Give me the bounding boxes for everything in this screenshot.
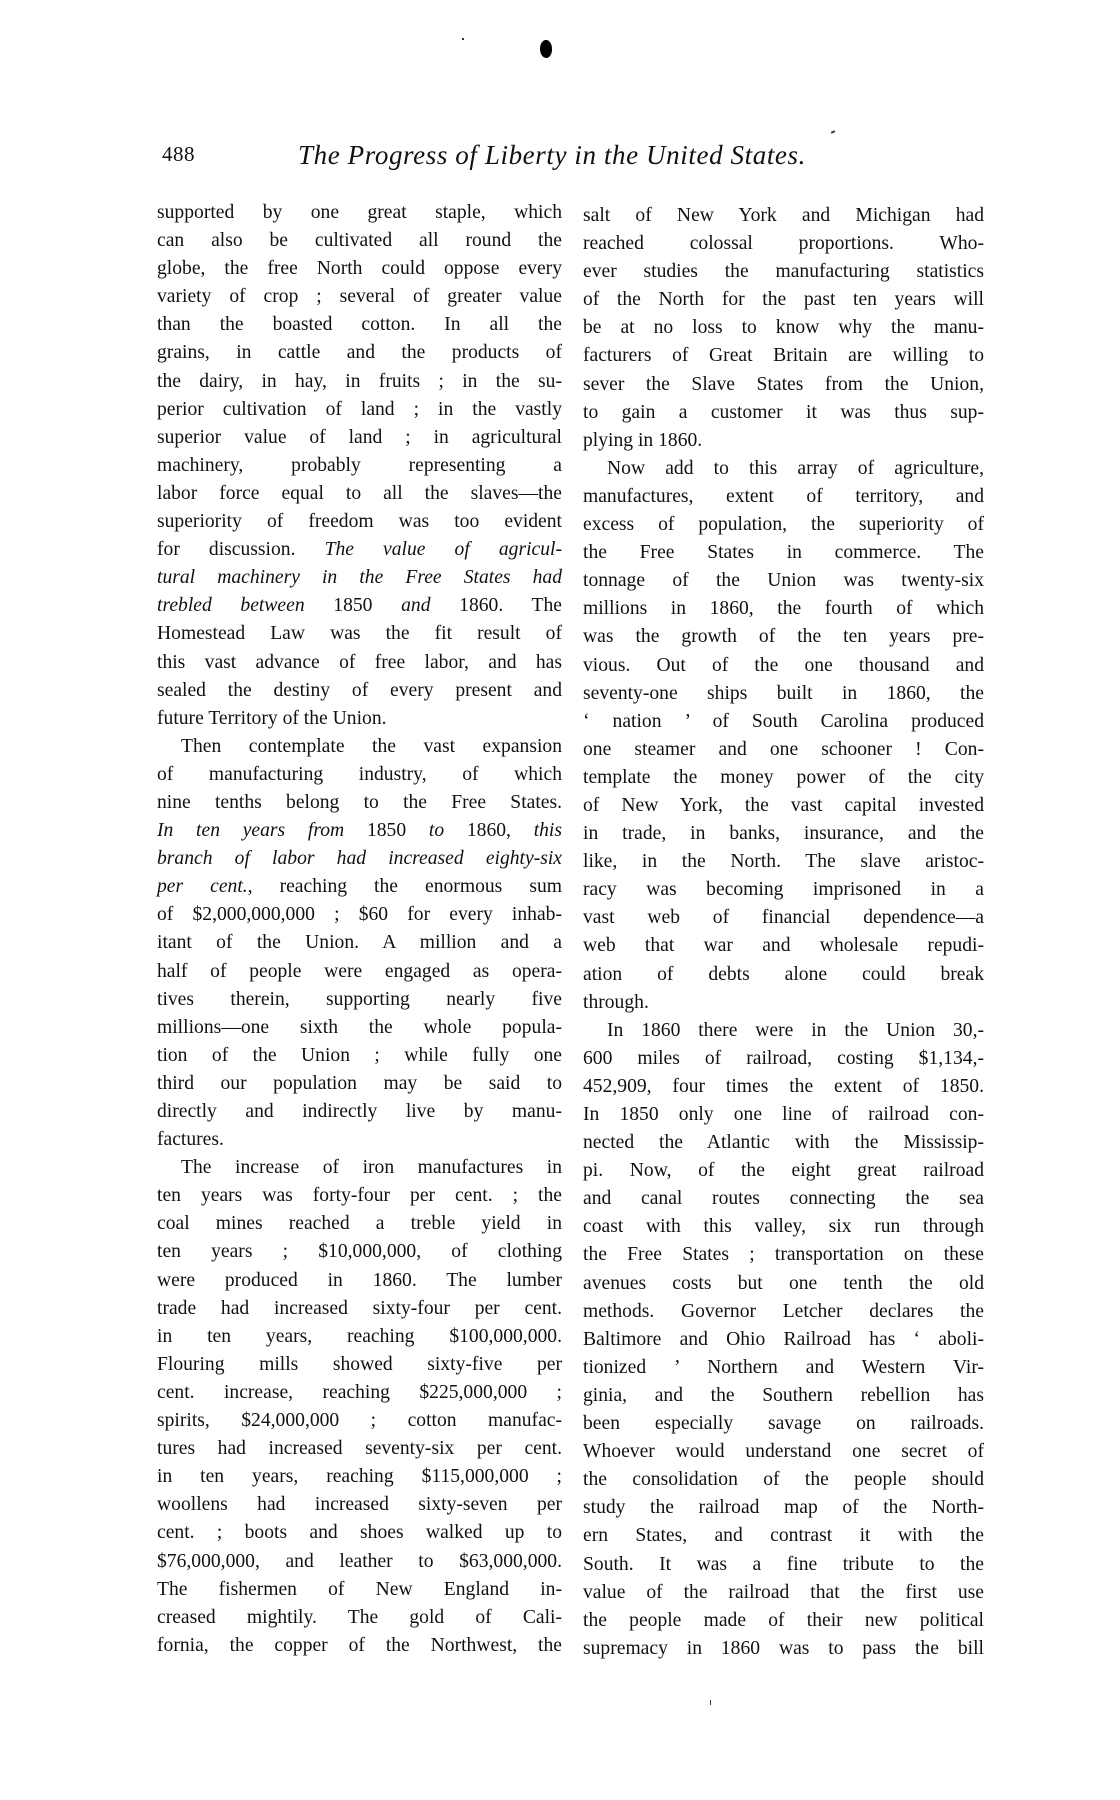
- line-text: manufactures, extent of territory, and: [583, 486, 984, 507]
- text-line: can also be cultivated all round the: [157, 227, 562, 255]
- text-line: nine tenths belong to the Free States.: [157, 789, 562, 817]
- italic-text: this: [534, 820, 562, 841]
- line-text: cent. ; boots and shoes walked up to: [157, 1522, 562, 1543]
- line-text: for discussion.: [157, 539, 325, 560]
- text-line: tural machinery in the Free States had: [157, 564, 562, 592]
- text-line: tives therein, supporting nearly five: [157, 986, 562, 1014]
- text-line: this vast advance of free labor, and has: [157, 649, 562, 677]
- text-line: vast web of financial dependence—a: [583, 904, 984, 932]
- line-text: Baltimore and Ohio Railroad has ‘ aboli-: [583, 1329, 984, 1350]
- text-line: of the North for the past ten years will: [583, 286, 984, 314]
- text-line: labor force equal to all the slaves—the: [157, 480, 562, 508]
- text-line: and canal routes connecting the sea: [583, 1185, 984, 1213]
- line-text: Then contemplate the vast expansion: [181, 736, 562, 757]
- text-line: machinery, probably representing a: [157, 452, 562, 480]
- text-line: cent. increase, reaching $225,000,000 ;: [157, 1379, 562, 1407]
- text-line: than the boasted cotton. In all the: [157, 311, 562, 339]
- line-text: value of the railroad that the first use: [583, 1582, 984, 1603]
- text-line: supported by one great staple, which: [157, 199, 562, 227]
- line-text: the consolidation of the people should: [583, 1469, 984, 1490]
- line-text: millions in 1860, the fourth of which: [583, 598, 984, 619]
- line-text: woollens had increased sixty-seven per: [157, 1494, 562, 1515]
- line-text: variety of crop ; several of greater val…: [157, 286, 562, 307]
- italic-text: trebled between: [157, 595, 305, 616]
- line-text: of $2,000,000,000 ; $60 for every inhab-: [157, 904, 562, 925]
- text-line: plying in 1860.: [583, 427, 984, 455]
- text-line: coast with this valley, six run through: [583, 1213, 984, 1241]
- text-line: tionized ’ Northern and Western Vir-: [583, 1354, 984, 1382]
- text-line: was the growth of the ten years pre-: [583, 623, 984, 651]
- line-text: 1860. The: [431, 595, 563, 616]
- text-line: web that war and wholesale repudi-: [583, 932, 984, 960]
- text-line: the consolidation of the people should: [583, 1466, 984, 1494]
- line-text: the Free States ; transportation on thes…: [583, 1244, 984, 1265]
- line-text: racy was becoming imprisoned in a: [583, 879, 984, 900]
- text-line: factures.: [157, 1126, 562, 1154]
- text-line: methods. Governor Letcher declares the: [583, 1298, 984, 1326]
- italic-text: per cent.: [157, 876, 248, 897]
- text-line: Then contemplate the vast expansion: [157, 733, 562, 761]
- text-line: Homestead Law was the fit result of: [157, 620, 562, 648]
- line-text: trade had increased sixty-four per cent.: [157, 1298, 562, 1319]
- text-line: excess of population, the superiority of: [583, 511, 984, 539]
- line-text: tion of the Union ; while fully one: [157, 1045, 562, 1066]
- italic-text: tural machinery in the Free States had: [157, 567, 562, 588]
- line-text: Flouring mills showed sixty-five per: [157, 1354, 562, 1375]
- line-text: vious. Out of the one thousand and: [583, 655, 984, 676]
- text-line: tonnage of the Union was twenty-six: [583, 567, 984, 595]
- text-line: coal mines reached a treble yield in: [157, 1210, 562, 1238]
- line-text: spirits, $24,000,000 ; cotton manufac-: [157, 1410, 562, 1431]
- line-text: 1860,: [444, 820, 534, 841]
- line-text: sever the Slave States from the Union,: [583, 374, 984, 395]
- line-text: perior cultivation of land ; in the vast…: [157, 399, 562, 420]
- text-line: through.: [583, 989, 984, 1017]
- line-text: $76,000,000, and leather to $63,000,000.: [157, 1551, 562, 1572]
- line-text: were produced in 1860. The lumber: [157, 1270, 562, 1291]
- text-line: spirits, $24,000,000 ; cotton manufac-: [157, 1407, 562, 1435]
- line-text: superiority of freedom was too evident: [157, 511, 562, 532]
- line-text: nine tenths belong to the Free States.: [157, 792, 562, 813]
- line-text: supremacy in 1860 was to pass the bill: [583, 1638, 984, 1659]
- text-line: The fishermen of New England in-: [157, 1576, 562, 1604]
- text-line: woollens had increased sixty-seven per: [157, 1491, 562, 1519]
- line-text: of manufacturing industry, of which: [157, 764, 562, 785]
- line-text: and canal routes connecting the sea: [583, 1188, 984, 1209]
- line-text: , reaching the enormous sum: [248, 876, 562, 897]
- line-text: can also be cultivated all round the: [157, 230, 562, 251]
- text-line: Now add to this array of agriculture,: [583, 455, 984, 483]
- line-text: creased mightily. The gold of Cali-: [157, 1607, 562, 1628]
- text-line: The increase of iron manufactures in: [157, 1154, 562, 1182]
- line-text: in ten years, reaching $115,000,000 ;: [157, 1466, 562, 1487]
- text-line: superior value of land ; in agricultural: [157, 424, 562, 452]
- line-text: pi. Now, of the eight great railroad: [583, 1160, 984, 1181]
- text-line: in trade, in banks, insurance, and the: [583, 820, 984, 848]
- line-text: globe, the free North could oppose every: [157, 258, 562, 279]
- line-text: coal mines reached a treble yield in: [157, 1213, 562, 1234]
- running-title: The Progress of Liberty in the United St…: [298, 140, 806, 171]
- text-line: itant of the Union. A million and a: [157, 929, 562, 957]
- text-line: in ten years, reaching $100,000,000.: [157, 1323, 562, 1351]
- text-line: In ten years from 1850 to 1860, this: [157, 817, 562, 845]
- text-line: South. It was a fine tribute to the: [583, 1551, 984, 1579]
- line-text: future Territory of the Union.: [157, 708, 387, 729]
- italic-text: The value of agricul-: [325, 539, 562, 560]
- line-text: this vast advance of free labor, and has: [157, 652, 562, 673]
- text-line: ation of debts alone could break: [583, 961, 984, 989]
- line-text: 600 miles of railroad, costing $1,134,-: [583, 1048, 984, 1069]
- line-text: the Free States in commerce. The: [583, 542, 984, 563]
- text-line: were produced in 1860. The lumber: [157, 1267, 562, 1295]
- line-text: 1850: [305, 595, 401, 616]
- text-line: perior cultivation of land ; in the vast…: [157, 396, 562, 424]
- text-line: future Territory of the Union.: [157, 705, 562, 733]
- line-text: salt of New York and Michigan had: [583, 205, 984, 226]
- line-text: The fishermen of New England in-: [157, 1579, 562, 1600]
- line-text: been especially savage on railroads.: [583, 1413, 984, 1434]
- text-line: creased mightily. The gold of Cali-: [157, 1604, 562, 1632]
- line-text: millions—one sixth the whole popula-: [157, 1017, 562, 1038]
- text-line: variety of crop ; several of greater val…: [157, 283, 562, 311]
- text-line: ern States, and contrast it with the: [583, 1522, 984, 1550]
- line-text: ‘ nation ’ of South Carolina produced: [583, 711, 984, 732]
- text-line: value of the railroad that the first use: [583, 1579, 984, 1607]
- line-text: cent. increase, reaching $225,000,000 ;: [157, 1382, 562, 1403]
- text-line: the Free States in commerce. The: [583, 539, 984, 567]
- text-line: tures had increased seventy-six per cent…: [157, 1435, 562, 1463]
- line-text: Whoever would understand one secret of: [583, 1441, 984, 1462]
- line-text: web that war and wholesale repudi-: [583, 935, 984, 956]
- line-text: ginia, and the Southern rebellion has: [583, 1385, 984, 1406]
- text-line: millions in 1860, the fourth of which: [583, 595, 984, 623]
- text-line: ten years ; $10,000,000, of clothing: [157, 1238, 562, 1266]
- text-line: branch of labor had increased eighty-six: [157, 845, 562, 873]
- line-text: through.: [583, 992, 649, 1013]
- text-line: in ten years, reaching $115,000,000 ;: [157, 1463, 562, 1491]
- text-line: been especially savage on railroads.: [583, 1410, 984, 1438]
- text-line: fornia, the copper of the Northwest, the: [157, 1632, 562, 1660]
- text-line: millions—one sixth the whole popula-: [157, 1014, 562, 1042]
- text-line: ten years was forty-four per cent. ; the: [157, 1182, 562, 1210]
- line-text: tures had increased seventy-six per cent…: [157, 1438, 562, 1459]
- italic-text: In ten years from: [157, 820, 344, 841]
- line-text: The increase of iron manufactures in: [181, 1157, 562, 1178]
- line-text: tionized ’ Northern and Western Vir-: [583, 1357, 984, 1378]
- line-text: 452,909, four times the extent of 1850.: [583, 1076, 984, 1097]
- line-text: Now add to this array of agriculture,: [607, 458, 984, 479]
- text-line: salt of New York and Michigan had: [583, 202, 984, 230]
- line-text: In 1860 there were in the Union 30,-: [607, 1020, 984, 1041]
- line-text: template the money power of the city: [583, 767, 984, 788]
- text-line: nected the Atlantic with the Mississip-: [583, 1129, 984, 1157]
- text-line: 452,909, four times the extent of 1850.: [583, 1073, 984, 1101]
- text-line: superiority of freedom was too evident: [157, 508, 562, 536]
- line-text: like, in the North. The slave aristoc-: [583, 851, 984, 872]
- text-line: In 1850 only one line of railroad con-: [583, 1101, 984, 1129]
- line-text: study the railroad map of the North-: [583, 1497, 984, 1518]
- line-text: tonnage of the Union was twenty-six: [583, 570, 984, 591]
- line-text: vast web of financial dependence—a: [583, 907, 984, 928]
- line-text: grains, in cattle and the products of: [157, 342, 562, 363]
- text-line: racy was becoming imprisoned in a: [583, 876, 984, 904]
- line-text: ern States, and contrast it with the: [583, 1525, 984, 1546]
- line-text: than the boasted cotton. In all the: [157, 314, 562, 335]
- line-text: itant of the Union. A million and a: [157, 932, 562, 953]
- text-line: for discussion. The value of agricul-: [157, 536, 562, 564]
- text-line: the Free States ; transportation on thes…: [583, 1241, 984, 1269]
- text-line: $76,000,000, and leather to $63,000,000.: [157, 1548, 562, 1576]
- text-line: cent. ; boots and shoes walked up to: [157, 1519, 562, 1547]
- scan-speck: [462, 38, 464, 40]
- line-text: the people made of their new political: [583, 1610, 984, 1631]
- text-line: study the railroad map of the North-: [583, 1494, 984, 1522]
- text-line: manufactures, extent of territory, and: [583, 483, 984, 511]
- line-text: seventy-one ships built in 1860, the: [583, 683, 984, 704]
- italic-text: branch of labor had increased eighty-six: [157, 848, 562, 869]
- right-text-column: salt of New York and Michigan hadreached…: [583, 202, 984, 1663]
- line-text: tives therein, supporting nearly five: [157, 989, 562, 1010]
- italic-text: and: [401, 595, 430, 616]
- line-text: to gain a customer it was thus sup-: [583, 402, 984, 423]
- text-line: trebled between 1850 and 1860. The: [157, 592, 562, 620]
- text-line: template the money power of the city: [583, 764, 984, 792]
- line-text: in ten years, reaching $100,000,000.: [157, 1326, 562, 1347]
- text-line: trade had increased sixty-four per cent.: [157, 1295, 562, 1323]
- text-line: ever studies the manufacturing statistic…: [583, 258, 984, 286]
- text-line: seventy-one ships built in 1860, the: [583, 680, 984, 708]
- text-line: to gain a customer it was thus sup-: [583, 399, 984, 427]
- line-text: facturers of Great Britain are willing t…: [583, 345, 984, 366]
- line-text: superior value of land ; in agricultural: [157, 427, 562, 448]
- line-text: half of people were engaged as opera-: [157, 961, 562, 982]
- line-text: be at no loss to know why the manu-: [583, 317, 984, 338]
- text-line: vious. Out of the one thousand and: [583, 652, 984, 680]
- text-line: ‘ nation ’ of South Carolina produced: [583, 708, 984, 736]
- line-text: the dairy, in hay, in fruits ; in the su…: [157, 371, 562, 392]
- text-line: avenues costs but one tenth the old: [583, 1270, 984, 1298]
- text-line: In 1860 there were in the Union 30,-: [583, 1017, 984, 1045]
- text-line: like, in the North. The slave aristoc-: [583, 848, 984, 876]
- line-text: In 1850 only one line of railroad con-: [583, 1104, 984, 1125]
- text-line: half of people were engaged as opera-: [157, 958, 562, 986]
- text-line: of $2,000,000,000 ; $60 for every inhab-: [157, 901, 562, 929]
- text-line: supremacy in 1860 was to pass the bill: [583, 1635, 984, 1663]
- text-line: tion of the Union ; while fully one: [157, 1042, 562, 1070]
- line-text: of New York, the vast capital invested: [583, 795, 984, 816]
- line-text: factures.: [157, 1129, 224, 1150]
- text-line: sever the Slave States from the Union,: [583, 371, 984, 399]
- line-text: machinery, probably representing a: [157, 455, 562, 476]
- text-line: grains, in cattle and the products of: [157, 339, 562, 367]
- text-line: the people made of their new political: [583, 1607, 984, 1635]
- text-line: reached colossal proportions. Who-: [583, 230, 984, 258]
- text-line: of manufacturing industry, of which: [157, 761, 562, 789]
- line-text: excess of population, the superiority of: [583, 514, 984, 535]
- text-line: the dairy, in hay, in fruits ; in the su…: [157, 368, 562, 396]
- text-line: third our population may be said to: [157, 1070, 562, 1098]
- line-text: plying in 1860.: [583, 430, 702, 451]
- line-text: sealed the destiny of every present and: [157, 680, 562, 701]
- line-text: was the growth of the ten years pre-: [583, 626, 984, 647]
- text-line: per cent., reaching the enormous sum: [157, 873, 562, 901]
- line-text: ation of debts alone could break: [583, 964, 984, 985]
- line-text: ten years was forty-four per cent. ; the: [157, 1185, 562, 1206]
- text-line: sealed the destiny of every present and: [157, 677, 562, 705]
- text-line: pi. Now, of the eight great railroad: [583, 1157, 984, 1185]
- text-line: Whoever would understand one secret of: [583, 1438, 984, 1466]
- line-text: in trade, in banks, insurance, and the: [583, 823, 984, 844]
- scan-speck: [831, 130, 835, 134]
- text-line: Baltimore and Ohio Railroad has ‘ aboli-: [583, 1326, 984, 1354]
- line-text: supported by one great staple, which: [157, 202, 562, 223]
- line-text: avenues costs but one tenth the old: [583, 1273, 984, 1294]
- line-text: one steamer and one schooner ! Con-: [583, 739, 984, 760]
- line-text: labor force equal to all the slaves—the: [157, 483, 562, 504]
- line-text: ever studies the manufacturing statistic…: [583, 261, 984, 282]
- line-text: third our population may be said to: [157, 1073, 562, 1094]
- page-number: 488: [162, 142, 195, 167]
- line-text: coast with this valley, six run through: [583, 1216, 984, 1237]
- text-line: facturers of Great Britain are willing t…: [583, 342, 984, 370]
- running-head: 488 The Progress of Liberty in the Unite…: [160, 140, 900, 176]
- line-text: directly and indirectly live by manu-: [157, 1101, 562, 1122]
- text-line: globe, the free North could oppose every: [157, 255, 562, 283]
- italic-text: to: [429, 820, 444, 841]
- line-text: methods. Governor Letcher declares the: [583, 1301, 984, 1322]
- text-line: directly and indirectly live by manu-: [157, 1098, 562, 1126]
- text-line: Flouring mills showed sixty-five per: [157, 1351, 562, 1379]
- text-line: 600 miles of railroad, costing $1,134,-: [583, 1045, 984, 1073]
- left-text-column: supported by one great staple, whichcan …: [157, 199, 562, 1660]
- line-text: Homestead Law was the fit result of: [157, 623, 562, 644]
- text-line: be at no loss to know why the manu-: [583, 314, 984, 342]
- text-line: ginia, and the Southern rebellion has: [583, 1382, 984, 1410]
- text-line: one steamer and one schooner ! Con-: [583, 736, 984, 764]
- line-text: 1850: [344, 820, 429, 841]
- line-text: nected the Atlantic with the Mississip-: [583, 1132, 984, 1153]
- line-text: reached colossal proportions. Who-: [583, 233, 984, 254]
- line-text: South. It was a fine tribute to the: [583, 1554, 984, 1575]
- text-line: of New York, the vast capital invested: [583, 792, 984, 820]
- scan-speck: [710, 1700, 711, 1705]
- line-text: fornia, the copper of the Northwest, the: [157, 1635, 562, 1656]
- line-text: of the North for the past ten years will: [583, 289, 984, 310]
- line-text: ten years ; $10,000,000, of clothing: [157, 1241, 562, 1262]
- ink-spot-mark: [540, 40, 552, 58]
